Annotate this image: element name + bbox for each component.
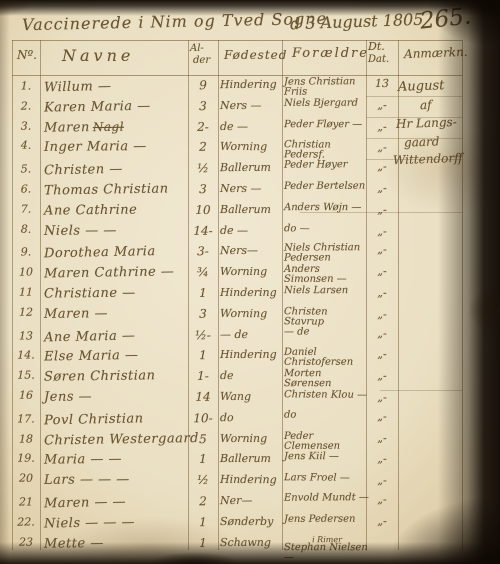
vaccination-date: „-: [366, 308, 398, 321]
child-name: Inger Maria —: [44, 139, 188, 155]
birthplace: Worning: [220, 307, 282, 320]
birthplace: Ners —: [220, 182, 282, 195]
child-age: ½: [188, 161, 218, 175]
birthplace: Worning: [220, 140, 282, 153]
child-age: 1-: [188, 369, 218, 383]
child-name: Thomas Christian: [44, 181, 188, 198]
vaccination-date: „-: [366, 474, 398, 487]
birthplace: Hindering: [220, 348, 282, 361]
child-name: Søren Christian: [44, 368, 188, 385]
parent-name: Peder Bertelsen: [284, 182, 370, 192]
vaccination-date: „-: [366, 493, 398, 506]
parent-name: Christen Stavrup: [284, 307, 370, 327]
parent-name: Niels Larsen: [284, 286, 370, 296]
vaccination-date: „-: [366, 120, 398, 133]
parent-sub-note: [284, 410, 370, 411]
parent-name: Envold Mundt —: [284, 493, 370, 503]
table-row: 16 Jens — 14 Wang Christen Klou — „-: [12, 387, 464, 411]
vaccination-date: „-: [366, 453, 398, 466]
page-number: 265.: [419, 3, 473, 34]
birthplace: Ballerum: [220, 452, 282, 465]
row-number: 15.: [12, 369, 40, 382]
child-age: 1: [188, 348, 218, 362]
parent-name: Jens Christian Friis: [284, 77, 370, 97]
column-header-age: der: [193, 55, 210, 66]
child-name: Christen —: [44, 161, 188, 179]
child-name: Dorothea Maria: [44, 244, 188, 262]
child-age: 1: [188, 536, 218, 550]
parent-name: Jens Pedersen: [284, 514, 370, 524]
birthplace: Hindering: [220, 473, 282, 486]
child-name: Willum —: [44, 77, 188, 95]
child-age: 3: [188, 182, 218, 196]
row-number: 11: [12, 286, 40, 299]
table-row: 21 Maren — — 2 Ner— Envold Mundt — „-: [12, 490, 464, 514]
child-age: 1: [188, 286, 218, 300]
table-row: 7. Ane Cathrine 10 Ballerum Anders Wøjn …: [12, 200, 464, 222]
child-name: Niels — — —: [44, 514, 188, 531]
parent-name: do —: [284, 224, 370, 234]
child-name: Christiane —: [44, 285, 188, 302]
row-number: 2.: [12, 99, 40, 112]
table-row: 9. Dorothea Maria 3- Ners— Niels Christi…: [12, 241, 464, 265]
vaccination-date: „-: [366, 182, 398, 195]
table-row: 23 Mette — 1 Schawng i RimerStephan Niel…: [12, 533, 464, 555]
table-row: 10 Maren Cathrine — ¾ Worning Anders Sim…: [12, 263, 464, 285]
row-number: 19.: [12, 452, 40, 465]
vaccination-date: „-: [366, 369, 398, 382]
parent-name: Peder Høyer: [284, 160, 370, 170]
vaccination-date: „-: [366, 348, 398, 361]
title-rule-line: [12, 40, 462, 41]
child-name: Maren — —: [44, 493, 188, 511]
child-name: Maren —: [44, 305, 188, 321]
child-age: 1: [188, 515, 218, 529]
vaccination-date: „-: [366, 203, 398, 216]
child-age: 1: [188, 452, 218, 466]
birthplace: Worning: [220, 431, 282, 444]
row-number: 13: [12, 329, 40, 342]
birthplace: Schawng: [220, 536, 282, 549]
parent-name: do: [284, 410, 370, 420]
page-title-date: d 3 August 1805: [290, 10, 424, 34]
child-name: Jens —: [44, 389, 188, 405]
birthplace: Hindering: [220, 78, 282, 91]
child-name: Ane Cathrine: [44, 202, 188, 219]
row-number: 22.: [12, 515, 40, 528]
row-number: 9.: [12, 246, 40, 259]
row-number: 4.: [12, 139, 40, 152]
birthplace: Ballerum: [220, 161, 282, 174]
table-row: 18 Christen Westergaard 5 Worning Peder …: [12, 429, 464, 451]
birthplace: Sønderby: [220, 515, 282, 528]
parent-name: Lars Froel —: [284, 473, 370, 483]
child-name: Karen Maria —: [44, 98, 188, 115]
row-number: 21: [12, 495, 40, 508]
vaccination-date: „-: [366, 326, 398, 339]
column-header-place: Fødested: [224, 48, 287, 62]
parent-name: Peder Fløyer —: [284, 120, 370, 130]
birthplace: Ners —: [220, 99, 282, 112]
child-age: 2: [188, 494, 218, 508]
row-number: 16: [12, 389, 40, 402]
child-age: 9: [188, 78, 218, 92]
birthplace: Worning: [220, 265, 282, 278]
vaccination-date: „-: [366, 98, 398, 111]
birthplace: Hindering: [220, 286, 282, 299]
struck-word: Nagl: [93, 119, 124, 133]
vaccination-date: 13: [366, 77, 398, 90]
row-number: 23: [12, 535, 40, 548]
row-number: 1.: [12, 79, 40, 92]
vaccination-date: „-: [366, 514, 398, 527]
child-name: Maren Cathrine —: [44, 264, 188, 281]
child-age: ¾: [188, 265, 218, 279]
parent-name: — de: [284, 327, 370, 337]
vaccination-date: „-: [366, 224, 398, 237]
table-row: 2. Karen Maria — 3 Ners — Niels Bjergard…: [12, 96, 464, 118]
birthplace: — de: [220, 327, 282, 340]
parent-name: Christen Klou —: [284, 390, 370, 400]
child-age: 3-: [188, 245, 218, 259]
child-age: 2-: [188, 120, 218, 134]
table-row: 14. Else Maria — 1 Hindering Daniel Chri…: [12, 346, 464, 368]
row-number: 12: [12, 305, 40, 318]
column-header-age: Al-: [190, 43, 204, 54]
birthplace: Ballerum: [220, 203, 282, 216]
row-number: 6.: [12, 183, 40, 196]
table-row: 13 Ane Maria — ½- — de — de „-: [12, 324, 464, 348]
child-name: Else Maria —: [44, 348, 188, 365]
vaccination-date: „-: [366, 265, 398, 278]
paper-background: Vaccinerede i Nim og Tved Sogne d 3 Augu…: [0, 0, 500, 564]
child-age: ½: [188, 473, 218, 487]
column-header-no: Nº.: [14, 48, 40, 62]
column-header-name: Navne: [62, 46, 134, 65]
child-age: 3: [188, 306, 218, 320]
table-row: 11 Christiane — 1 Hindering Niels Larsen…: [12, 284, 464, 306]
child-age: 14: [188, 390, 218, 404]
child-name: Maria — —: [44, 451, 188, 468]
child-name: MarenNagl: [44, 119, 188, 136]
child-name: Ane Maria —: [44, 327, 188, 345]
birthplace: de: [220, 369, 282, 382]
birthplace: Ners—: [220, 244, 282, 257]
child-age: 14-: [188, 223, 218, 237]
vaccination-date: „-: [366, 286, 398, 299]
child-name: Christen Westergaard: [44, 431, 188, 448]
table-row: 22. Niels — — — 1 Sønderby Jens Pedersen…: [12, 512, 464, 534]
table-row: 19. Maria — — 1 Ballerum Jens Kiil — „-: [12, 450, 464, 472]
birthplace: do: [220, 410, 282, 423]
column-header-parents: Forældre: [292, 46, 369, 61]
row-number: 7.: [12, 202, 40, 215]
parent-name: Jens Kiil —: [284, 452, 370, 462]
table-row: 17. Povl Christian 10- do do „-: [12, 407, 464, 431]
table-row: 1. Willum — 9 Hindering Jens Christian F…: [12, 74, 464, 98]
remark-line-3: Hr Langs-: [396, 115, 457, 131]
child-age: 10-: [188, 411, 218, 425]
child-age: 10: [188, 203, 218, 217]
child-age: 5: [188, 432, 218, 446]
column-header-date: Dt.: [368, 40, 385, 53]
parent-name: Niels Bjergard: [284, 98, 370, 108]
row-number: 10: [12, 266, 40, 279]
parent-name: Niels Christian Pedersen: [284, 243, 370, 263]
vaccination-date: „-: [366, 431, 398, 444]
remark-line-5: Wittendorff: [393, 151, 463, 167]
row-number: 20: [12, 472, 40, 485]
vaccination-date: „-: [366, 410, 398, 423]
vaccination-date: „-: [366, 391, 398, 404]
column-header-remarks: Anmærkn.: [404, 45, 468, 61]
parent-name: Anders Wøjn —: [284, 203, 370, 213]
row-number: 17.: [12, 412, 40, 425]
table-row: 15. Søren Christian 1- de Morten Sørense…: [12, 367, 464, 389]
vaccination-date: „-: [366, 243, 398, 256]
child-name: Mette —: [44, 535, 188, 552]
row-number: 18: [12, 432, 40, 445]
parent-name: Anders Simonsen —: [284, 265, 370, 284]
birthplace: de —: [220, 120, 282, 133]
birthplace: de —: [220, 223, 282, 236]
child-age: ½-: [188, 328, 218, 342]
row-number: 8.: [12, 222, 40, 235]
parent-name: i RimerStephan Nielsen —: [284, 536, 370, 562]
scanned-register-page: Vaccinerede i Nim og Tved Sogne d 3 Augu…: [0, 0, 500, 564]
child-name: Niels — —: [44, 222, 188, 238]
child-age: 2: [188, 140, 218, 154]
child-age: 3: [188, 99, 218, 113]
remark-line-2: af: [420, 98, 432, 112]
table-row: 12 Maren — 3 Worning Christen Stavrup „-: [12, 303, 464, 327]
column-header-date: Dat.: [368, 54, 389, 65]
child-name: Lars — — —: [44, 472, 188, 488]
remark-line-4: gaard: [404, 134, 440, 149]
birthplace: Wang: [220, 390, 282, 403]
remark-line-1: August: [398, 78, 445, 95]
parent-name: Daniel Christofersen: [284, 348, 370, 367]
parent-name: Peder Clemensen: [284, 431, 370, 450]
row-number: 5.: [12, 163, 40, 176]
row-number: 3.: [12, 119, 40, 132]
row-number: 14.: [12, 349, 40, 362]
table-row: 6. Thomas Christian 3 Ners — Peder Berte…: [12, 179, 464, 201]
page-title: Vaccinerede i Nim og Tved Sogne: [22, 9, 327, 34]
child-name: Povl Christian: [44, 410, 188, 428]
birthplace: Ner—: [220, 494, 282, 507]
parent-name: Morten Sørensen: [284, 369, 370, 388]
